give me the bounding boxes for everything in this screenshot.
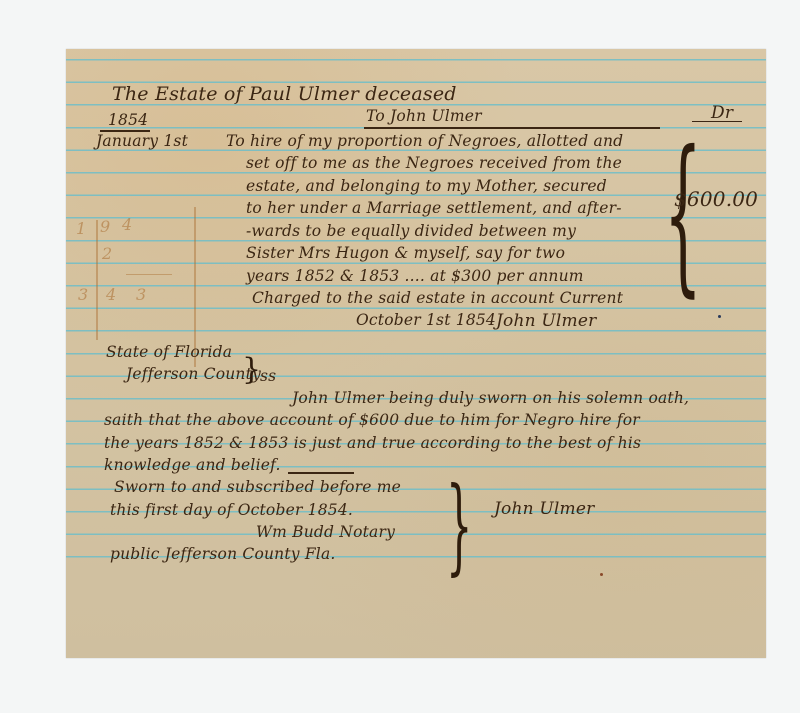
entry-date: January 1st [96, 132, 188, 150]
affidavit-line: knowledge and belief. [104, 456, 281, 474]
jurat-line: Sworn to and subscribed before me [114, 478, 401, 496]
document-page: 1 9 4 2 3 4 3 The Estate of Paul Ulmer d… [66, 49, 766, 658]
ink-speck [600, 573, 603, 576]
affidavit-line: John Ulmer being duly sworn on his solem… [292, 389, 689, 407]
account-line: years 1852 & 1853 .... at $300 per annum [246, 267, 584, 285]
account-line: -wards to be equally divided between my [246, 222, 576, 240]
venue-state: State of Florida [106, 343, 232, 361]
account-amount: $600.00 [674, 187, 758, 211]
venue-ss: ss [260, 367, 276, 385]
venue-brace: } [242, 355, 261, 385]
account-line: Charged to the said estate in account Cu… [252, 289, 623, 307]
account-line: set off to me as the Negroes received fr… [246, 154, 622, 172]
affidavit-line: saith that the above account of $600 due… [104, 411, 640, 429]
notary-county: public Jefferson County Fla. [110, 545, 336, 563]
account-signed-date: October 1st 1854 [356, 311, 496, 329]
affidavit-line: the years 1852 & 1853 is just and true a… [104, 434, 641, 452]
margin-rule [126, 274, 172, 275]
margin-note: 4 [122, 215, 132, 234]
margin-note: 1 [76, 219, 86, 238]
affidavit-rule [288, 472, 354, 474]
margin-note: 3 [78, 285, 88, 304]
venue-county: Jefferson County [126, 365, 261, 383]
account-line: To hire of my proportion of Negroes, all… [226, 132, 623, 150]
account-signature: John Ulmer [496, 311, 596, 331]
notary-name: Wm Budd Notary [256, 523, 395, 541]
creditor-heading: To John Ulmer [366, 107, 482, 125]
heading-rule [364, 127, 660, 129]
account-line: Sister Mrs Hugon & myself, say for two [246, 244, 565, 262]
jurat-line: this first day of October 1854. [110, 501, 353, 519]
document-title: The Estate of Paul Ulmer deceased [112, 83, 457, 105]
jurat-brace: } [446, 473, 472, 577]
affidavit-signature: John Ulmer [494, 499, 594, 519]
margin-note: 4 [106, 285, 116, 304]
account-brace: { [664, 129, 702, 299]
margin-note: 9 [100, 217, 110, 236]
margin-rule [96, 220, 98, 340]
entry-year: 1854 [108, 111, 148, 129]
dr-label: Dr [711, 103, 733, 123]
account-line: estate, and belonging to my Mother, secu… [246, 177, 607, 195]
account-line: to her under a Marriage settlement, and … [246, 199, 622, 217]
ink-speck [718, 315, 721, 318]
margin-note: 3 [136, 285, 146, 304]
margin-note: 2 [102, 244, 112, 263]
